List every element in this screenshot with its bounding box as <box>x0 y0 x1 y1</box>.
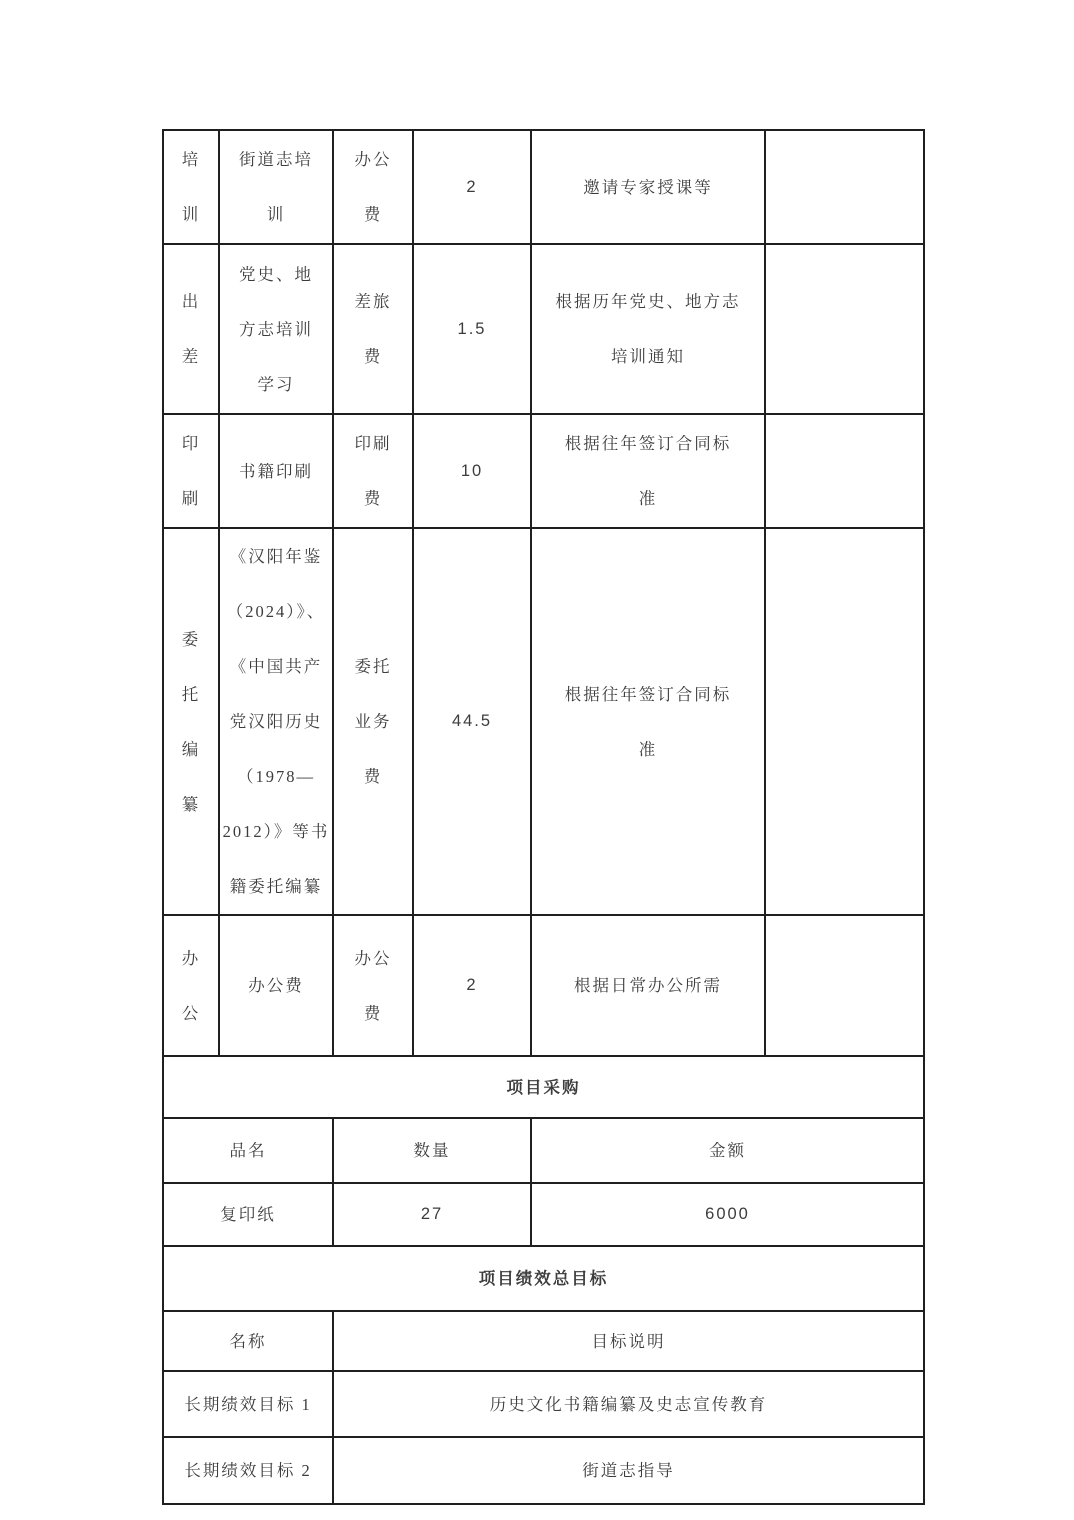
performance-goal-name-cell: 长期绩效目标 2 <box>163 1437 333 1504</box>
procurement-section-title: 项目采购 <box>163 1056 924 1118</box>
expense-category-cell: 办 公 <box>163 915 219 1056</box>
performance-goal-description-cell: 街道志指导 <box>333 1437 924 1504</box>
expense-basis-cell: 根据日常办公所需 <box>531 915 765 1056</box>
expense-note-cell <box>765 528 924 915</box>
performance-goal-name-cell: 长期绩效目标 1 <box>163 1371 333 1437</box>
expense-amount-cell: 2 <box>413 915 531 1056</box>
table-row: 出 差 党史、地 方志培训 学习 差旅 费 1.5 根据历年党史、地方志 培训通… <box>163 244 924 414</box>
table-row: 长期绩效目标 2 街道志指导 <box>163 1437 924 1504</box>
performance-goal-description-cell: 历史文化书籍编纂及史志宣传教育 <box>333 1371 924 1437</box>
table-row: 办 公 办公费 办公 费 2 根据日常办公所需 <box>163 915 924 1056</box>
procurement-item-quantity-cell: 27 <box>333 1183 531 1246</box>
expense-type-cell: 差旅 费 <box>333 244 413 414</box>
expense-type-cell: 办公 费 <box>333 915 413 1056</box>
expense-type-cell: 办公 费 <box>333 130 413 244</box>
procurement-item-amount-cell: 6000 <box>531 1183 924 1246</box>
table-row: 培 训 街道志培 训 办公 费 2 邀请专家授课等 <box>163 130 924 244</box>
expense-item-cell: 街道志培 训 <box>219 130 333 244</box>
table-row: 项目采购 <box>163 1056 924 1118</box>
expense-type-cell: 委托 业务 费 <box>333 528 413 915</box>
procurement-header-name: 品名 <box>163 1118 333 1183</box>
expense-note-cell <box>765 130 924 244</box>
performance-header-description: 目标说明 <box>333 1311 924 1371</box>
performance-section-title: 项目绩效总目标 <box>163 1246 924 1311</box>
document-page: 培 训 街道志培 训 办公 费 2 邀请专家授课等 出 差 党史、地 方志培训 … <box>0 0 1074 1520</box>
procurement-header-amount: 金额 <box>531 1118 924 1183</box>
expense-category-cell: 印 刷 <box>163 414 219 528</box>
expense-item-cell: 书籍印刷 <box>219 414 333 528</box>
table-row: 长期绩效目标 1 历史文化书籍编纂及史志宣传教育 <box>163 1371 924 1437</box>
expense-note-cell <box>765 915 924 1056</box>
table-row: 品名 数量 金额 <box>163 1118 924 1183</box>
expense-basis-cell: 根据历年党史、地方志 培训通知 <box>531 244 765 414</box>
expense-amount-cell: 1.5 <box>413 244 531 414</box>
table-row: 名称 目标说明 <box>163 1311 924 1371</box>
expense-amount-cell: 10 <box>413 414 531 528</box>
expense-basis-cell: 邀请专家授课等 <box>531 130 765 244</box>
table-row: 项目绩效总目标 <box>163 1246 924 1311</box>
expense-item-cell: 《汉阳年鉴 （2024）》、 《中国共产 党汉阳历史 （1978— 2012）》… <box>219 528 333 915</box>
expense-item-cell: 办公费 <box>219 915 333 1056</box>
procurement-item-name-cell: 复印纸 <box>163 1183 333 1246</box>
expense-category-cell: 委 托 编 纂 <box>163 528 219 915</box>
expense-category-cell: 培 训 <box>163 130 219 244</box>
budget-table: 培 训 街道志培 训 办公 费 2 邀请专家授课等 出 差 党史、地 方志培训 … <box>162 129 925 1505</box>
expense-category-cell: 出 差 <box>163 244 219 414</box>
expense-amount-cell: 2 <box>413 130 531 244</box>
expense-amount-cell: 44.5 <box>413 528 531 915</box>
expense-item-cell: 党史、地 方志培训 学习 <box>219 244 333 414</box>
procurement-header-quantity: 数量 <box>333 1118 531 1183</box>
expense-note-cell <box>765 414 924 528</box>
performance-header-name: 名称 <box>163 1311 333 1371</box>
expense-type-cell: 印刷 费 <box>333 414 413 528</box>
table-row: 委 托 编 纂 《汉阳年鉴 （2024）》、 《中国共产 党汉阳历史 （1978… <box>163 528 924 915</box>
table-row: 印 刷 书籍印刷 印刷 费 10 根据往年签订合同标 准 <box>163 414 924 528</box>
expense-note-cell <box>765 244 924 414</box>
expense-basis-cell: 根据往年签订合同标 准 <box>531 528 765 915</box>
expense-basis-cell: 根据往年签订合同标 准 <box>531 414 765 528</box>
table-row: 复印纸 27 6000 <box>163 1183 924 1246</box>
